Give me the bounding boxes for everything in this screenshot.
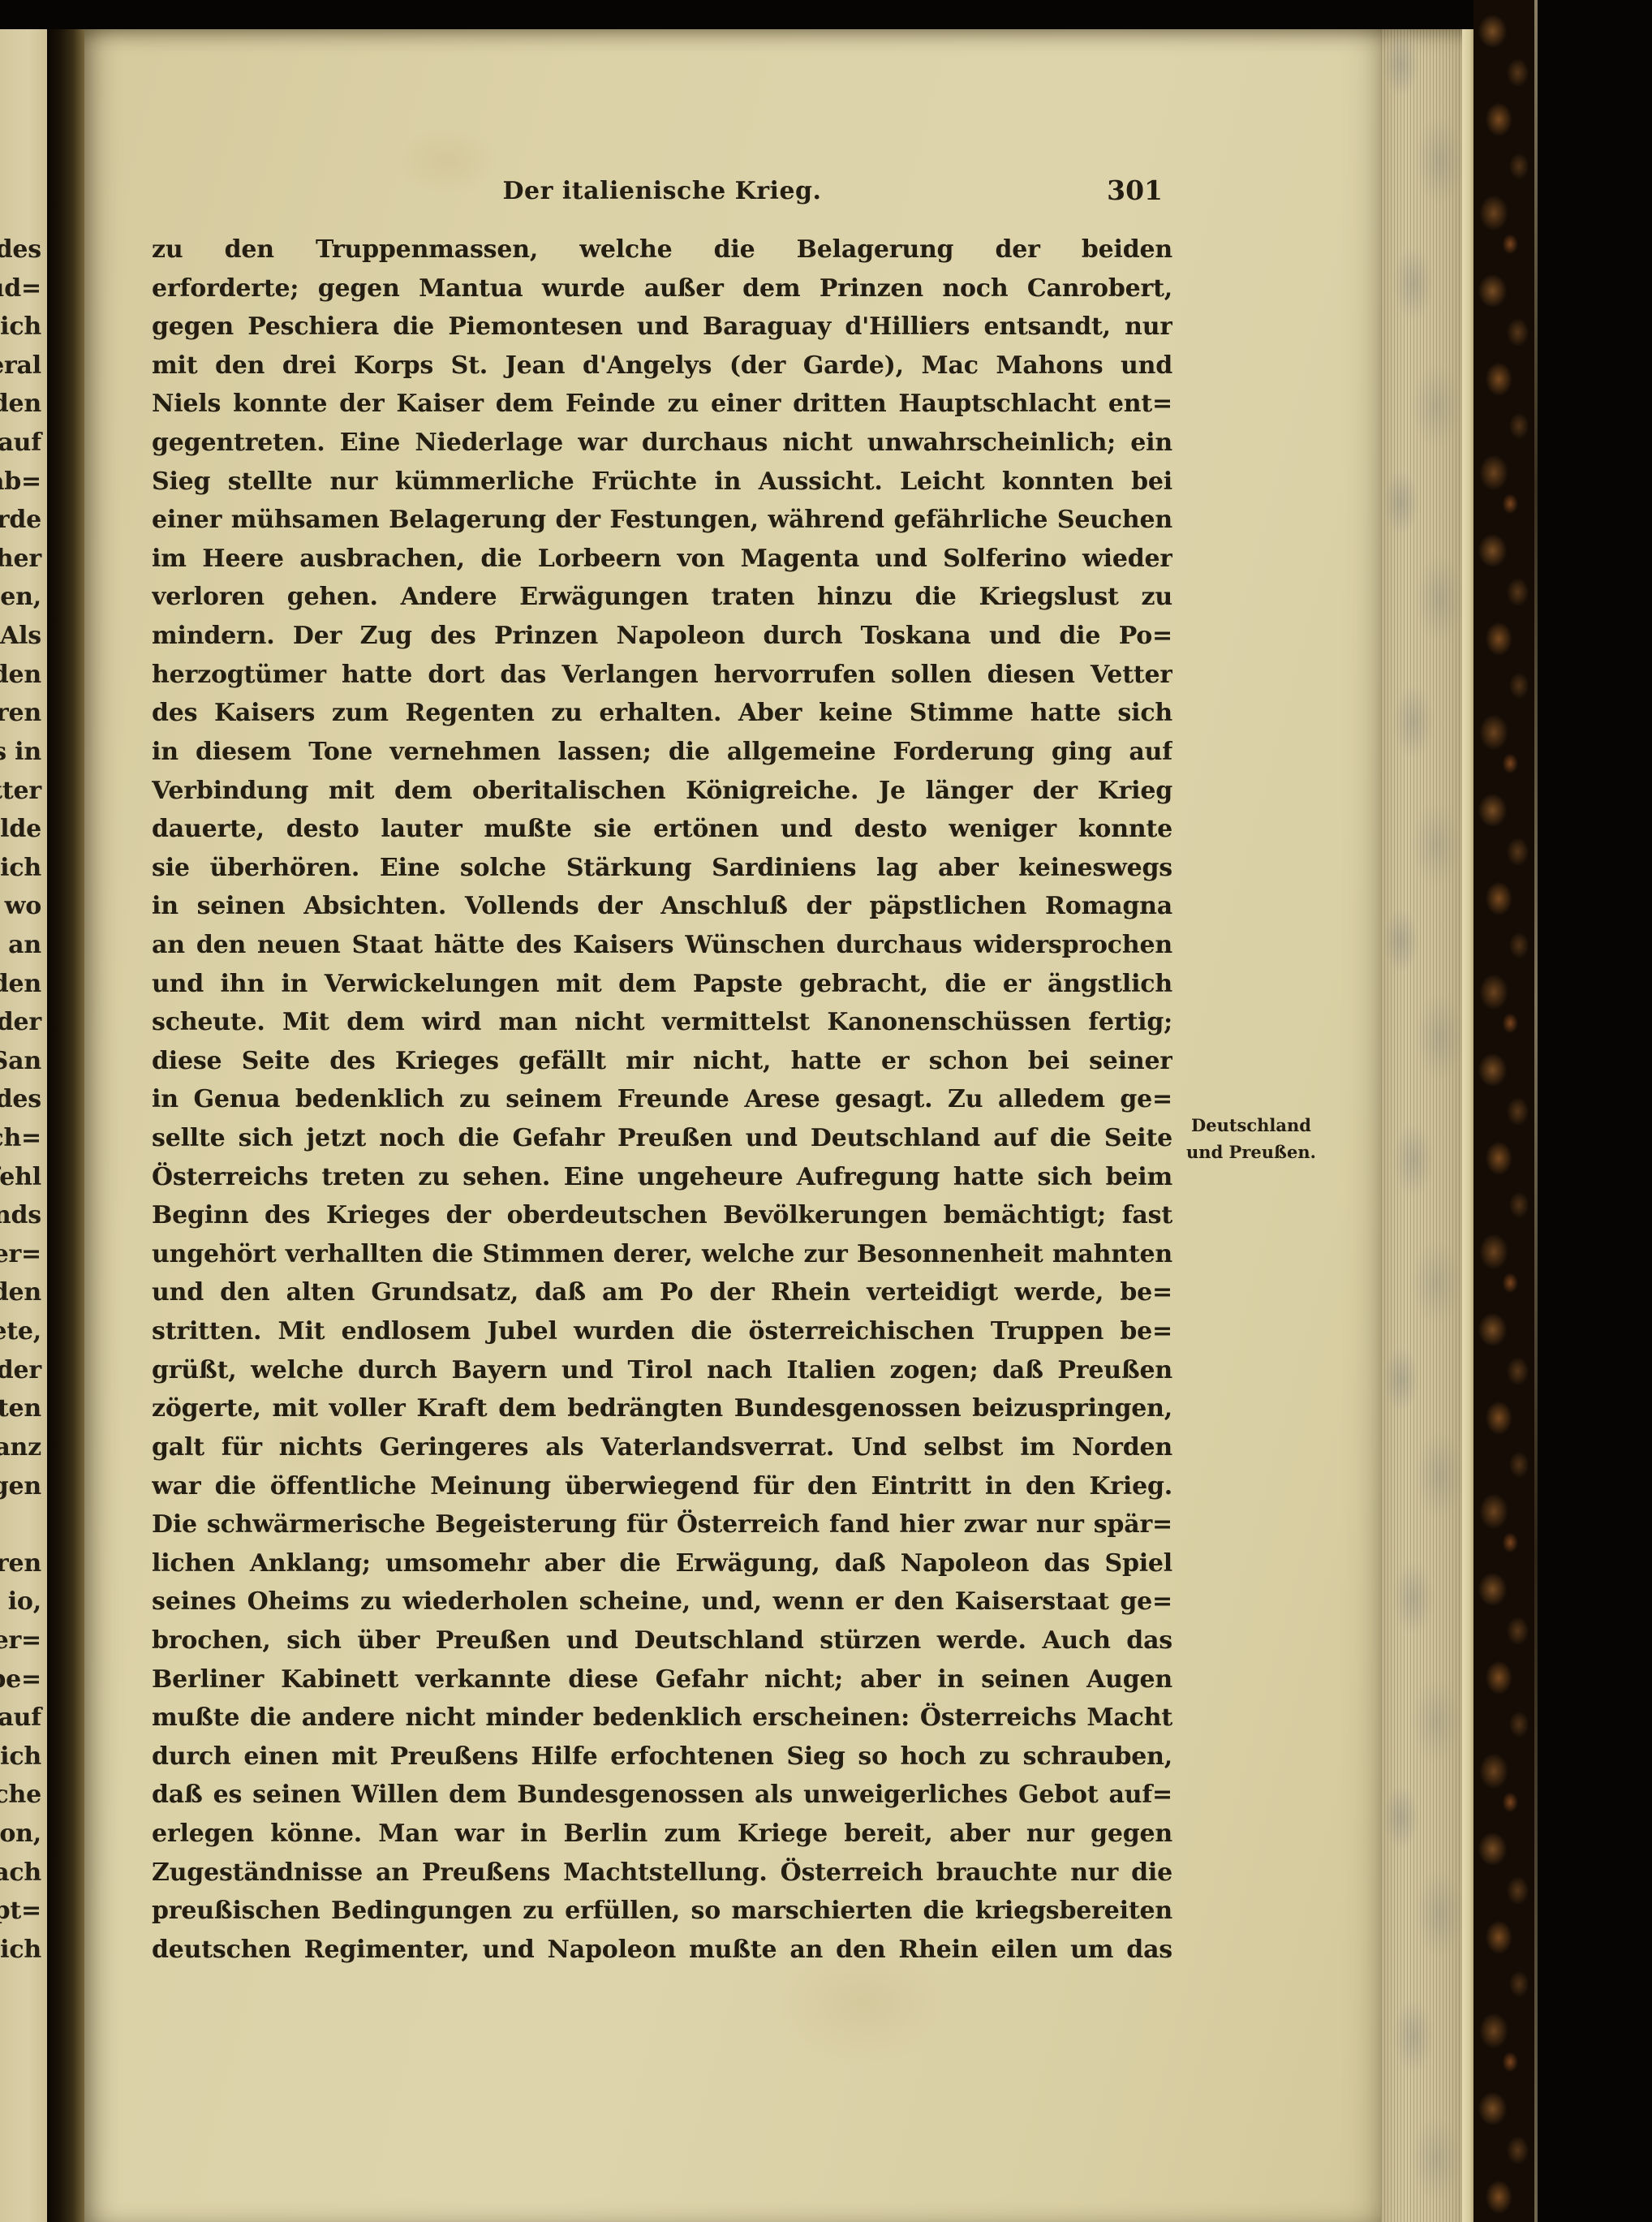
facing-page-line-fragment: be= (0, 1660, 41, 1699)
facing-page-text-column: des Süd= tlich eral iden auf nab= urde c… (0, 230, 41, 1969)
facing-page-line-fragment: urde (0, 501, 41, 540)
facing-page-line-fragment: io, (0, 1583, 41, 1621)
text-line: einer mühsamen Belagerung der Festungen,… (152, 501, 1172, 540)
book-page: Der italienische Krieg. 301 zu den Trupp… (84, 29, 1381, 2222)
text-line: brochen, sich über Preußen und Deutschla… (152, 1621, 1172, 1660)
facing-page-line-fragment: des (0, 230, 41, 269)
facing-page-line-fragment: pt= (0, 1892, 41, 1931)
text-line: in diesem Tone vernehmen lassen; die all… (152, 733, 1172, 772)
facing-page-line-fragment: den (0, 965, 41, 1004)
facing-page-line-fragment: eder (0, 1003, 41, 1042)
text-line: diese Seite des Krieges gefällt mir nich… (152, 1042, 1172, 1081)
text-line: gegen Peschiera die Piemontesen und Bara… (152, 308, 1172, 347)
text-line: daß es seinen Willen dem Bundesgenossen … (152, 1776, 1172, 1815)
facing-page-line-fragment: ete, (0, 1312, 41, 1351)
facing-page-line-fragment: ich (0, 1931, 41, 1970)
facing-page-line-fragment: den (0, 1273, 41, 1312)
text-line: zu den Truppenmassen, welche die Belager… (152, 230, 1172, 269)
facing-page-line-fragment: Süd= (0, 269, 41, 308)
facing-page-line-fragment: er= (0, 1621, 41, 1660)
facing-page-line-fragment: des (0, 1080, 41, 1119)
running-head: Der italienische Krieg. 301 (152, 177, 1172, 214)
facing-page-line-fragment: ter= (0, 1235, 41, 1274)
text-line: grüßt, welche durch Bayern und Tirol nac… (152, 1351, 1172, 1390)
facing-page-line-fragment: ach= (0, 1119, 41, 1158)
margin-note: Deutschland und Preußen. (1180, 1112, 1323, 1165)
facing-page-line-fragment: ren (0, 1544, 41, 1583)
facing-page-line-fragment: anz (0, 1428, 41, 1467)
text-line: an den neuen Staat hätte des Kaisers Wün… (152, 926, 1172, 965)
text-line: herzogtümer hatte dort das Verlangen her… (152, 656, 1172, 695)
facing-page-line-fragment: der (0, 1351, 41, 1390)
gutter-shadow (47, 29, 84, 2222)
text-line: stritten. Mit endlosem Jubel wurden die … (152, 1312, 1172, 1351)
facing-page-line-fragment: eral (0, 347, 41, 385)
facing-page-line-fragment: etter (0, 772, 41, 811)
page-number: 301 (1107, 174, 1163, 206)
facing-page-line-fragment: sen, (0, 578, 41, 617)
facing-page-line-fragment: che (0, 1776, 41, 1815)
margin-note-line: Deutschland (1180, 1112, 1323, 1139)
text-line: preußischen Bedingungen zu erfüllen, so … (152, 1892, 1172, 1931)
facing-page-line-fragment: nds (0, 1196, 41, 1235)
facing-page-line-fragment: elde (0, 810, 41, 849)
facing-page-line-fragment: ten (0, 1389, 41, 1428)
facing-page-line-fragment: ich (0, 1738, 41, 1776)
facing-page-line-fragment: den (0, 656, 41, 695)
text-line: Verbindung mit dem oberitalischen Königr… (152, 772, 1172, 811)
running-head-title: Der italienische Krieg. (152, 177, 1172, 205)
facing-page-line-fragment: wo (0, 887, 41, 926)
text-line: war die öffentliche Meinung überwiegend … (152, 1467, 1172, 1506)
text-line: sellte sich jetzt noch die Gefahr Preuße… (152, 1119, 1172, 1158)
text-line: und den alten Grundsatz, daß am Po der R… (152, 1273, 1172, 1312)
text-line: und ihn in Verwickelungen mit dem Papste… (152, 965, 1172, 1004)
facing-page-line-fragment: San (0, 1042, 41, 1081)
facing-page-line-fragment: Als (0, 617, 41, 656)
fore-edge-highlight (1462, 29, 1473, 2222)
text-line: Sieg stellte nur kümmerliche Früchte in … (152, 463, 1172, 502)
text-line: lichen Anklang; umsomehr aber die Erwägu… (152, 1544, 1172, 1583)
text-line: Beginn des Krieges der oberdeutschen Bev… (152, 1196, 1172, 1235)
text-line: ungehört verhallten die Stimmen derer, w… (152, 1235, 1172, 1274)
text-line: durch einen mit Preußens Hilfe erfochten… (152, 1738, 1172, 1776)
facing-page-line-fragment: nab= (0, 463, 41, 502)
facing-page-line-fragment: lich (0, 849, 41, 888)
facing-page-line-fragment: an (0, 926, 41, 965)
page-body: zu den Truppenmassen, welche die Belager… (152, 230, 1172, 1969)
text-line: seines Oheims zu wiederholen scheine, un… (152, 1583, 1172, 1621)
text-line: des Kaisers zum Regenten zu erhalten. Ab… (152, 694, 1172, 733)
facing-page-line-fragment: auf (0, 424, 41, 463)
margin-note-line: und Preußen. (1180, 1139, 1323, 1165)
facing-page-line-fragment: gen (0, 1467, 41, 1506)
facing-page-line-fragment: cher (0, 540, 41, 579)
facing-page-line-fragment: fehl (0, 1158, 41, 1197)
facing-page-line-fragment (0, 1505, 41, 1544)
text-line: dauerte, desto lauter mußte sie ertönen … (152, 810, 1172, 849)
book-scan: des Süd= tlich eral iden auf nab= urde c… (0, 0, 1652, 2222)
facing-page-line-fragment: auf (0, 1699, 41, 1738)
text-line: deutschen Regimenter, und Napoleon mußte… (152, 1931, 1172, 1970)
text-line: in Genua bedenklich zu seinem Freunde Ar… (152, 1080, 1172, 1119)
text-line: zögerte, mit voller Kraft dem bedrängten… (152, 1389, 1172, 1428)
text-line: Die schwärmerische Begeisterung für Öste… (152, 1505, 1172, 1544)
text-line: Österreichs treten zu sehen. Eine ungehe… (152, 1158, 1172, 1197)
facing-page-line-fragment: s in (0, 733, 41, 772)
facing-page-line-fragment: tlich (0, 308, 41, 347)
text-line: Berliner Kabinett verkannte diese Gefahr… (152, 1660, 1172, 1699)
text-line: Zugeständnisse an Preußens Machtstellung… (152, 1854, 1172, 1893)
facing-page-line-fragment: oren (0, 694, 41, 733)
text-line: mit den drei Korps St. Jean d'Angelys (d… (152, 347, 1172, 385)
facing-page-line-fragment: ach (0, 1854, 41, 1893)
text-line: scheute. Mit dem wird man nicht vermitte… (152, 1003, 1172, 1042)
text-line: erlegen könne. Man war in Berlin zum Kri… (152, 1815, 1172, 1854)
text-line: im Heere ausbrachen, die Lorbeern von Ma… (152, 540, 1172, 579)
text-line: mußte die andere nicht minder bedenklich… (152, 1699, 1172, 1738)
facing-page-line-fragment: on, (0, 1815, 41, 1854)
text-line: sie überhören. Eine solche Stärkung Sard… (152, 849, 1172, 888)
facing-page-edge: des Süd= tlich eral iden auf nab= urde c… (0, 29, 47, 2222)
text-line: galt für nichts Geringeres als Vaterland… (152, 1428, 1172, 1467)
text-line: gegentreten. Eine Niederlage war durchau… (152, 424, 1172, 463)
marbled-cover (1473, 0, 1537, 2222)
facing-page-line-fragment: iden (0, 385, 41, 424)
text-line: in seinen Absichten. Vollends der Anschl… (152, 887, 1172, 926)
fore-edge-pages (1381, 29, 1462, 2222)
text-line: Niels konnte der Kaiser dem Feinde zu ei… (152, 385, 1172, 424)
text-line: mindern. Der Zug des Prinzen Napoleon du… (152, 617, 1172, 656)
text-line: erforderte; gegen Mantua wurde außer dem… (152, 269, 1172, 308)
text-line: verloren gehen. Andere Erwägungen traten… (152, 578, 1172, 617)
